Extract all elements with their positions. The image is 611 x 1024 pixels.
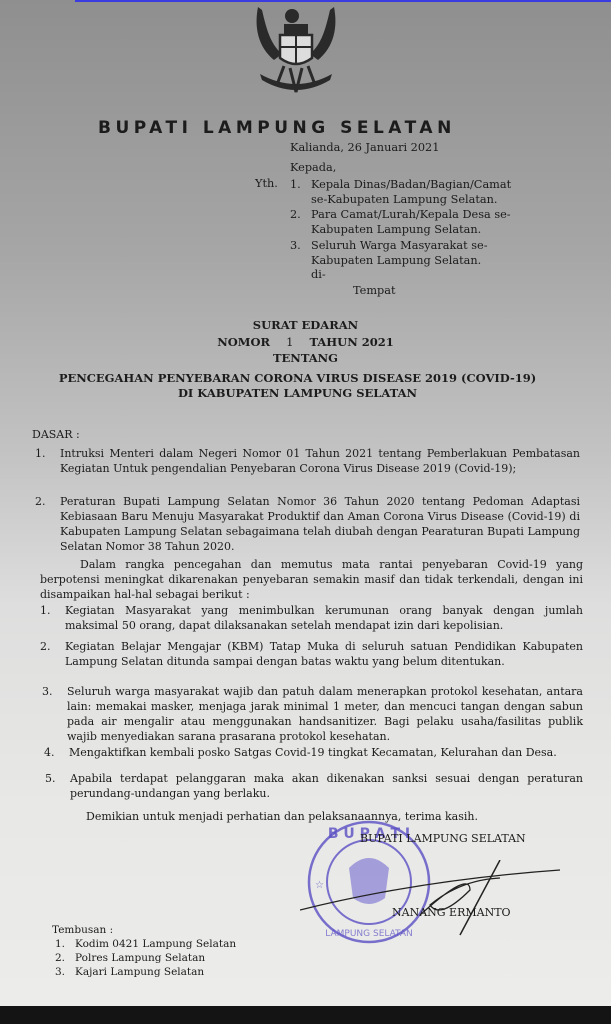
instruction-item: 4. Mengaktifkan kembali posko Satgas Cov… [69, 745, 583, 760]
yth-label: Yth. [255, 177, 278, 190]
signatory-name: NANANG ERMANTO [392, 906, 511, 919]
intro-paragraph: Dalam rangka pencegahan dan memutus mata… [40, 557, 583, 602]
letter-page: BUPATI LAMPUNG SELATAN Kalianda, 26 Janu… [0, 0, 611, 1010]
letter-number: NOMOR 1 TAHUN 2021 [0, 335, 611, 349]
letterhead-title: BUPATI LAMPUNG SELATAN [98, 118, 518, 138]
instruction-item: 5. Apabila terdapat pelanggaran maka aka… [70, 771, 583, 801]
instruction-item: 2. Kegiatan Belajar Mengajar (KBM) Tatap… [65, 639, 583, 669]
tembusan-item: 3. Kajari Lampung Selatan [55, 966, 204, 978]
tentang-label: TENTANG [0, 351, 611, 365]
tembusan-item: 1. Kodim 0421 Lampung Selatan [55, 938, 236, 950]
table-surface [0, 1006, 611, 1024]
dasar-item: 1. Intruksi Menteri dalam Negeri Nomor 0… [60, 446, 580, 476]
recipient-item: 3. Seluruh Warga Masyarakat se- Kabupate… [290, 238, 580, 268]
tempat-label: Tempat [353, 284, 396, 297]
handwritten-signature [300, 860, 570, 950]
di-label: di- [311, 268, 326, 281]
subject-line-2: DI KABUPATEN LAMPUNG SELATAN [0, 386, 603, 400]
instruction-item: 1. Kegiatan Masyarakat yang menimbulkan … [65, 603, 583, 633]
recipient-item: 1. Kepala Dinas/Badan/Bagian/Camat se-Ka… [290, 177, 580, 207]
instruction-item: 3. Seluruh warga masyarakat wajib dan pa… [67, 684, 583, 744]
recipient-item: 2. Para Camat/Lurah/Kepala Desa se- Kabu… [290, 207, 580, 237]
subject-line-1: PENCEGAHAN PENYEBARAN CORONA VIRUS DISEA… [0, 371, 603, 385]
letter-type: SURAT EDARAN [0, 318, 611, 332]
garuda-emblem-icon [248, 2, 344, 102]
signatory-office: BUPATI LAMPUNG SELATAN [360, 832, 526, 845]
tembusan-item: 2. Polres Lampung Selatan [55, 952, 205, 964]
kepada-label: Kepada, [290, 161, 336, 174]
tembusan-label: Tembusan : [52, 924, 113, 936]
letter-date: Kalianda, 26 Januari 2021 [290, 141, 439, 154]
dasar-label: DASAR : [32, 428, 80, 441]
dasar-item: 2. Peraturan Bupati Lampung Selatan Nomo… [60, 494, 580, 554]
